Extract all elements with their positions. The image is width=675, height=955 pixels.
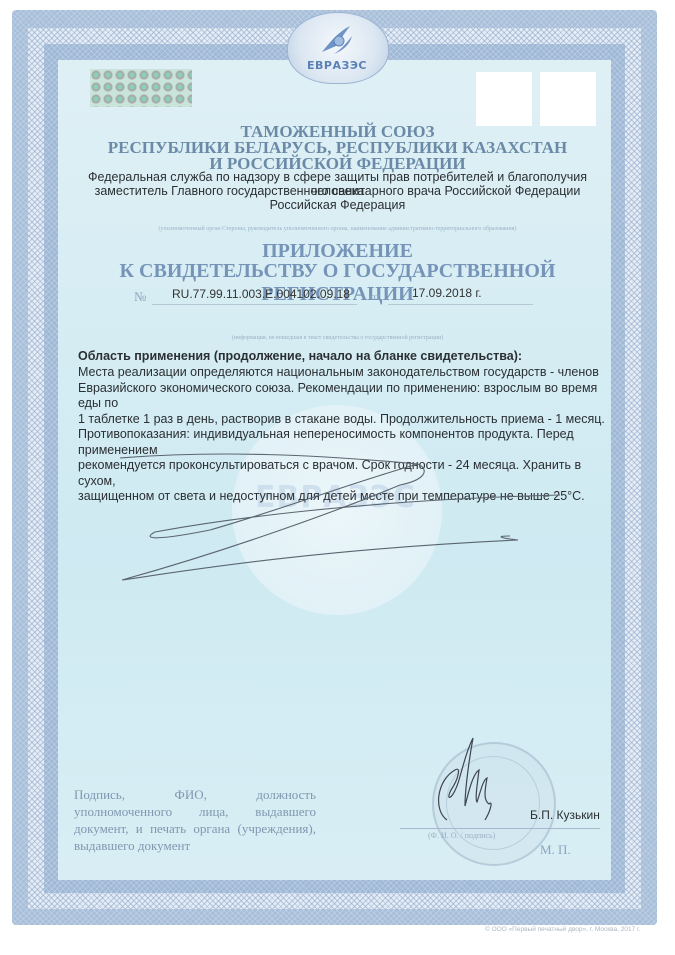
- seal-place-mark: М. П.: [540, 842, 571, 858]
- registration-date: 17.09.2018 г.: [412, 286, 482, 300]
- signer-name: Б.П. Кузькин: [530, 808, 600, 822]
- emblem-label: ЕВРАЗЭС: [287, 59, 387, 72]
- registration-number: RU.77.99.11.003.E.004102.09.18: [172, 287, 350, 301]
- date-underline: [388, 304, 533, 305]
- authority-line-3: Российская Федерация: [60, 198, 615, 212]
- signer-signature: [415, 730, 505, 840]
- registration-caption: (информация, не вошедшая в текст свидете…: [60, 335, 615, 341]
- scope-title: Область применения (продолжение, начало …: [78, 348, 618, 364]
- blank-field-left: [476, 72, 532, 126]
- signature-field-label: Подпись, ФИО, должность уполномоченного …: [74, 786, 316, 854]
- eurasec-emblem-icon: [320, 24, 354, 56]
- strike-through-signature: [100, 440, 580, 590]
- hologram-sticker: [90, 69, 192, 107]
- signer-caption: (Ф. И. О. / подпись): [428, 831, 495, 840]
- number-label: №: [134, 289, 146, 305]
- date-label: от: [370, 291, 380, 303]
- eurasec-emblem: ЕВРАЗЭС: [287, 12, 387, 82]
- blank-field-right: [540, 72, 596, 126]
- authority-line-2: заместитель Главного государственного са…: [60, 184, 615, 198]
- signature-underline: [400, 828, 600, 829]
- scope-line: 1 таблетке 1 раз в день, растворив в ста…: [78, 412, 618, 428]
- scope-line: Евразийского экономического союза. Реком…: [78, 381, 618, 412]
- scope-line: Места реализации определяются национальн…: [78, 365, 618, 381]
- number-underline: [152, 304, 357, 305]
- authority-caption: (уполномоченный орган Стороны, руководит…: [60, 226, 615, 232]
- printer-imprint: © ООО «Первый печатный двор», г. Москва,…: [485, 926, 640, 933]
